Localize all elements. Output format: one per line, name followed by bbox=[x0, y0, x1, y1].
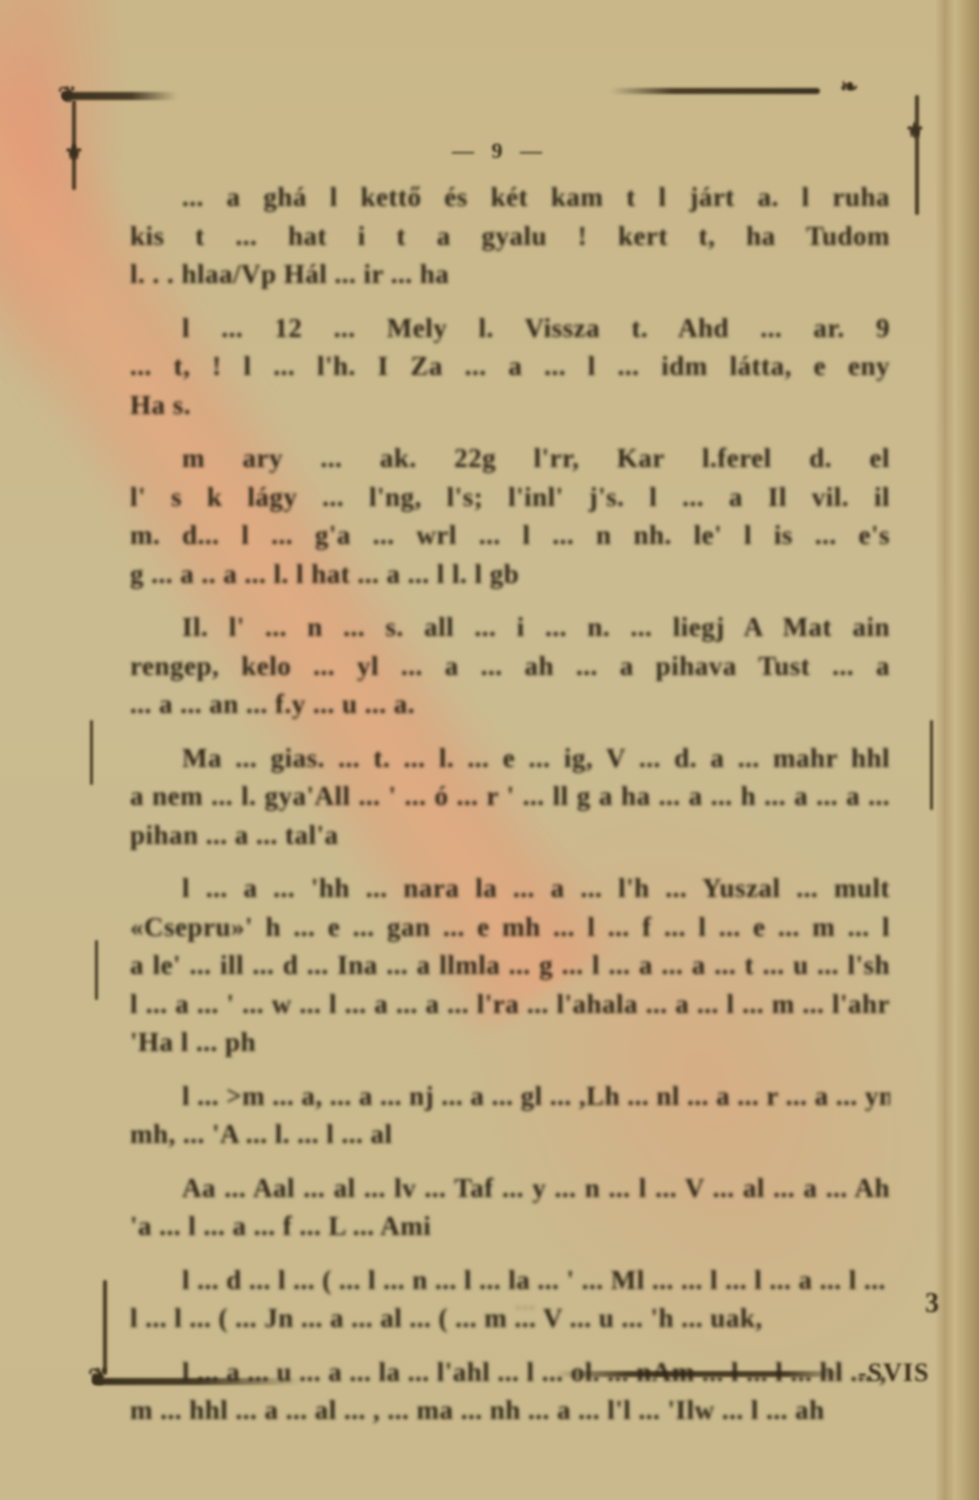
text-line: mh, ... 'A ... l. ... l ... al bbox=[130, 1115, 890, 1154]
text-line: ... a ... an ... f.y ... u ... a. bbox=[130, 685, 890, 724]
stain-top-left bbox=[0, 0, 130, 400]
footer-page-mark: … bbox=[495, 1292, 555, 1315]
border-left-mid2-rule bbox=[95, 940, 98, 1000]
body-text: ... a ghá l kettő és két kam t l járt a.… bbox=[130, 178, 890, 1445]
text-line: ... t, ! l ... l'h. I Za ... a ... l ...… bbox=[130, 347, 890, 386]
text-line: kis t ... hat i t a gyalu ! kert t, ha T… bbox=[130, 217, 890, 256]
text-line: l ... a ... 'hh ... nara la ... a ... l'… bbox=[130, 869, 890, 908]
paragraph: Ma ... gias. ... t. ... l. ... e ... ig,… bbox=[130, 739, 890, 855]
text-line: l' s k lágy ... l'ng, l's; l'inl' j's. l… bbox=[130, 478, 890, 517]
text-line: g ... a .. a ... l. l hat ... a ... l l.… bbox=[130, 555, 890, 594]
corner-ornament-top-left-icon: ❦ bbox=[58, 84, 76, 106]
corner-ornament-bottom-right: -SVIS bbox=[858, 1358, 929, 1388]
text-line: a le' ... ill ... d ... Ina ... a llmla … bbox=[130, 946, 890, 985]
paragraph: Il. l' ... n ... s. all ... i ... n. ...… bbox=[130, 608, 890, 724]
border-top-right-rule bbox=[610, 88, 820, 94]
text-line: l ... 12 ... Mely l. Vissza t. Ahd ... a… bbox=[130, 309, 890, 348]
border-right-mid-rule bbox=[930, 720, 933, 810]
text-line: Il. l' ... n ... s. all ... i ... n. ...… bbox=[130, 608, 890, 647]
paragraph: l ... >m ... a, ... a ... nj ... a ... g… bbox=[130, 1077, 890, 1154]
paragraph: l ... a ... u ... a ... la ... l'ahl ...… bbox=[130, 1353, 890, 1430]
paragraph: ... a ghá l kettő és két kam t l járt a.… bbox=[130, 178, 890, 294]
text-line: ... a ghá l kettő és két kam t l járt a.… bbox=[130, 178, 890, 217]
text-line: l ... >m ... a, ... a ... nj ... a ... g… bbox=[130, 1077, 890, 1116]
text-line: m ary ... ak. 22g l'rr, Kar l.ferel d. e… bbox=[130, 439, 890, 478]
text-line: pihan ... a ... tal'a bbox=[130, 816, 890, 855]
text-line: l ... a ... ' ... w ... l ... a ... a ..… bbox=[130, 985, 890, 1024]
paragraph: Aa ... Aal ... al ... lv ... Taf ... y .… bbox=[130, 1169, 890, 1246]
text-line: rengep, kelo ... yl ... a ... ah ... a p… bbox=[130, 647, 890, 686]
border-left-mid-rule bbox=[90, 720, 93, 785]
text-line: m ... hhl ... a ... al ... , ... ma ... … bbox=[130, 1391, 890, 1430]
text-line: 'a ... l ... a ... f ... L ... Ami bbox=[130, 1207, 890, 1246]
corner-ornament-top-right-icon: ❧ bbox=[840, 76, 858, 98]
text-line: a nem ... l. gya'All ... ' ... ó ... r '… bbox=[130, 777, 890, 816]
border-left-bottom-rule bbox=[103, 1280, 107, 1375]
text-line: m. d... l ... g'a ... wrl ... l ... n nh… bbox=[130, 516, 890, 555]
flourish-left-icon: ⚜ bbox=[64, 142, 84, 164]
paragraph: l ... a ... 'hh ... nara la ... a ... l'… bbox=[130, 869, 890, 1062]
page-number-header: — 9 — bbox=[420, 138, 580, 164]
text-line: l. . . hlaa/Vp Hál ... ir ... ha bbox=[130, 255, 890, 294]
text-line: Ha s. bbox=[130, 386, 890, 425]
paragraph: l ... 12 ... Mely l. Vissza t. Ahd ... a… bbox=[130, 309, 890, 425]
text-line: l ... a ... u ... a ... la ... l'ahl ...… bbox=[130, 1353, 890, 1392]
text-line: Aa ... Aal ... al ... lv ... Taf ... y .… bbox=[130, 1169, 890, 1208]
scanned-book-page: ❦ ⚜ ❧ ⚜ ❦ — 9 — ... a ghá l kettő és két… bbox=[0, 0, 979, 1500]
text-line: Ma ... gias. ... t. ... l. ... e ... ig,… bbox=[130, 739, 890, 778]
text-line: 'Ha l ... ph bbox=[130, 1023, 890, 1062]
flourish-right-icon: ⚜ bbox=[905, 120, 925, 142]
border-right-top-rule bbox=[915, 95, 919, 215]
paragraph: m ary ... ak. 22g l'rr, Kar l.ferel d. e… bbox=[130, 439, 890, 593]
right-edge-mark: 3 bbox=[925, 1288, 939, 1320]
text-line: «Csepru»' h ... e ... gan ... e mh ... l… bbox=[130, 908, 890, 947]
border-top-left-rule bbox=[62, 92, 177, 100]
corner-ornament-bottom-left-icon: ❦ bbox=[88, 1365, 108, 1389]
